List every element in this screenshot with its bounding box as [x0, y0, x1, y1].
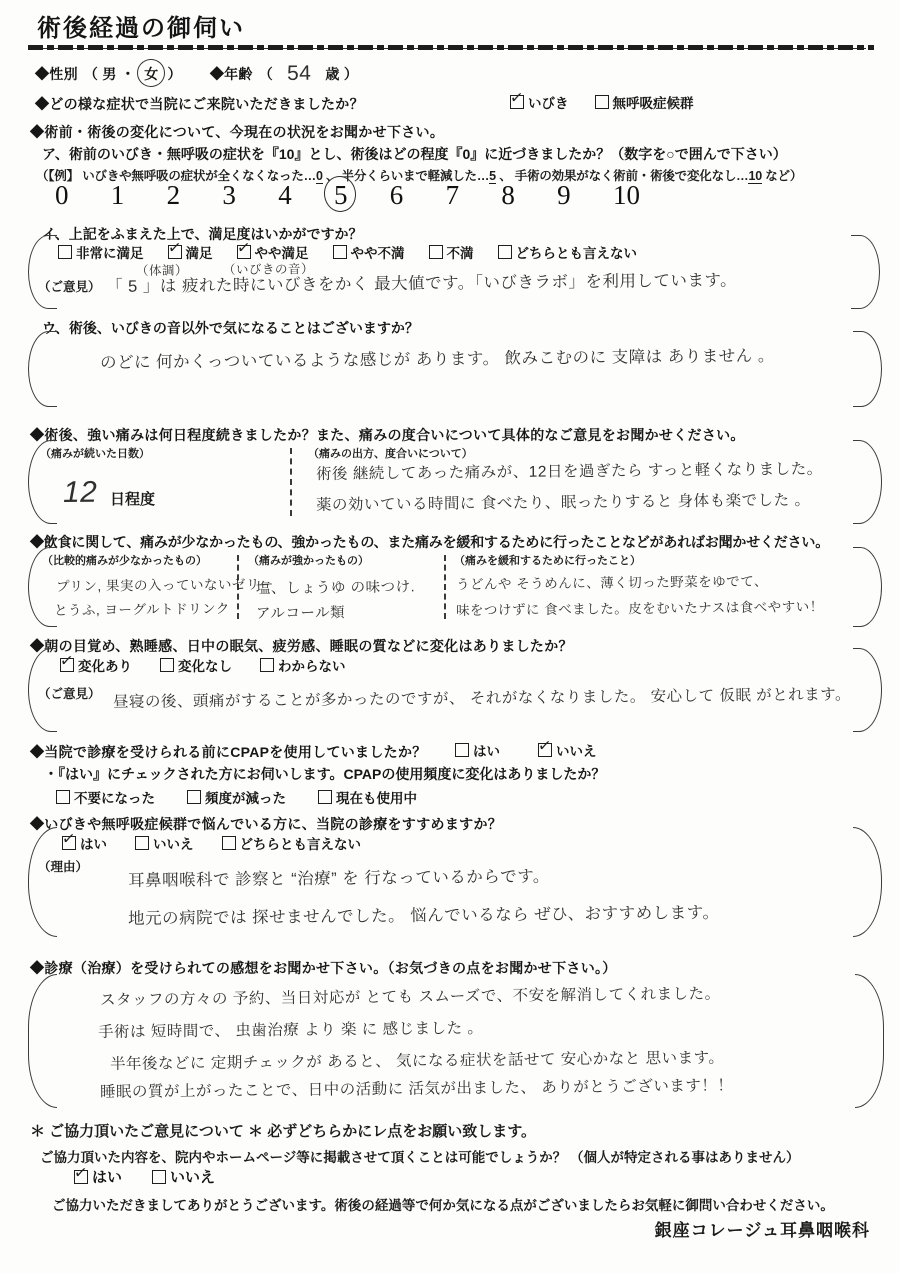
option-label: どちらとも言えない [516, 242, 638, 262]
scale-value-6[interactable]: 6 [390, 182, 404, 209]
checkbox-option[interactable]: はい [62, 833, 107, 853]
comment-label: （ご意見） [38, 277, 101, 295]
footer-note-title: ＊ ご協力頂いたご意見について ＊ 必ずどちらかにレ点をお願い致します。 [30, 1120, 536, 1141]
age-label: ◆年齢 [210, 64, 253, 84]
food-more-pain-line2-handwritten: アルコール類 [256, 601, 345, 623]
checkbox[interactable] [74, 1170, 88, 1184]
recommend-reason-line2-handwritten: 地元の病院では 探せませんでした。 悩んでいるなら ぜひ、おすすめします。 [128, 899, 720, 929]
clinic-name: 銀座コレージュ耳鼻咽喉科 [655, 1216, 870, 1241]
checkbox-option[interactable]: 非常に満足 [58, 242, 144, 262]
scale-value-10[interactable]: 10 [613, 182, 640, 209]
checkbox[interactable] [455, 743, 469, 757]
option-label: やや不満 [351, 242, 405, 262]
checkbox[interactable] [222, 836, 236, 850]
option-label: いいえ [556, 740, 597, 760]
checkbox[interactable] [260, 658, 274, 672]
scale-value-4[interactable]: 4 [278, 182, 292, 209]
symptom-question: ◆どの様な症状で当院にご来院いただきましたか？ [35, 94, 364, 114]
option-label: 無呼吸症候群 [613, 92, 694, 112]
checkbox[interactable] [237, 245, 251, 259]
option-label: いいえ [170, 1166, 215, 1187]
checkbox-option[interactable]: やや不満 [333, 242, 405, 262]
sleep-options: 変化あり 変化なし わからない [60, 655, 346, 675]
reason-label: （理由） [38, 857, 88, 875]
recommend-options: はい いいえ どちらとも言えない [62, 833, 361, 853]
checkbox-option[interactable]: はい [455, 740, 500, 760]
change-heading: ◆術前・術後の変化について、今現在の状況をお聞かせ下さい。 [30, 122, 444, 142]
checkbox[interactable] [187, 790, 201, 804]
checkbox[interactable] [160, 658, 174, 672]
option-label: 現在も使用中 [336, 787, 417, 807]
option-label: 不満 [447, 242, 474, 262]
concern-box: のどに 何かくっついているような感じが あります。 飲みこむのに 支障は ありま… [28, 331, 882, 407]
symptom-options: いびき 無呼吸症候群 [510, 92, 694, 112]
checkbox-option[interactable]: 変化なし [160, 655, 232, 675]
checkbox[interactable] [56, 790, 70, 804]
impressions-line1-handwritten: スタッフの方々の 予約、当日対応が とても スムーズで、不安を解消してくれました… [100, 982, 721, 1010]
checkbox[interactable] [333, 245, 347, 259]
checkbox-option[interactable]: どちらとも言えない [498, 242, 638, 262]
checkbox-option[interactable]: 不要になった [56, 787, 155, 807]
option-label: 頻度が減った [205, 787, 286, 807]
checkbox[interactable] [152, 1170, 166, 1184]
scale-value-1[interactable]: 1 [111, 182, 125, 209]
cpap-question2: ・『はい』にチェックされた方にお伺いします。CPAPの使用頻度に変化はありました… [44, 764, 605, 784]
page-title: 術後経過の御伺い [35, 8, 866, 48]
satisfaction-box: 非常に満足 満足 やや満足 やや不満 不満 どちらとも言えない （体調） （いび… [28, 235, 880, 309]
impressions-line4-handwritten: 睡眠の質が上がったことで、日中の活動に 活気が出ました、 ありがとうございます！… [100, 1073, 734, 1102]
option-label: いびき [528, 92, 569, 112]
option-label: 満足 [186, 242, 213, 262]
food-relief-line2-handwritten: 味をつけずに 食べました。皮をむいたナスは食べやすい！ [456, 595, 824, 619]
impressions-line3-handwritten: 半年後などに 定期チェックが あると、 気になる症状を話せて 安心かなと 思いま… [110, 1046, 725, 1074]
pain-days-unit: 日程度 [110, 488, 155, 509]
option-label: はい [80, 833, 107, 853]
food-box: （比較的痛みが少なかったもの） （痛みが強かったもの） （痛みを緩和するために行… [28, 547, 882, 627]
satisfaction-comment-handwritten: 「 5 」は 疲れた時にいびきをかく 最大値です。「いびきラボ」を利用しています… [106, 266, 737, 297]
option-label: 変化あり [78, 655, 132, 675]
checkbox-option[interactable]: 頻度が減った [187, 787, 286, 807]
scale-value-8[interactable]: 8 [501, 182, 515, 209]
food-less-pain-line2-handwritten: とうふ, ヨーグルトドリンク [54, 597, 230, 619]
food-less-pain-label: （比較的痛みが少なかったもの） [42, 552, 207, 568]
gender-label: ◆性別 [35, 64, 78, 84]
gender-options: （ 男 ・ [84, 64, 135, 84]
pain-detail-line2-handwritten: 薬の効いている時間に 食べたり、眠ったりすると 身体も楽でした 。 [316, 488, 811, 515]
checkbox-option[interactable]: 現在も使用中 [318, 787, 417, 807]
gender-close: ） [168, 64, 182, 84]
food-relief-label: （痛みを緩和するために行ったこと） [454, 552, 641, 568]
pain-column-divider [290, 448, 292, 516]
pain-days-label: （痛みが続いた日数） [40, 445, 150, 461]
scanned-questionnaire-page: 術後経過の御伺い ◆性別 （ 男 ・ 女 ） ◆年齢 （ 54 歳 ） ◆どの様… [0, 0, 900, 1273]
checkbox-option[interactable]: はい [74, 1166, 122, 1187]
checkbox[interactable] [510, 95, 524, 109]
scale-value-9[interactable]: 9 [557, 182, 571, 209]
scale-value-2[interactable]: 2 [167, 182, 181, 209]
example-num-10: 10 [748, 169, 762, 184]
checkbox-option-ibiki[interactable]: いびき [510, 92, 569, 112]
option-label: 変化なし [178, 655, 232, 675]
checkbox[interactable] [498, 245, 512, 259]
comment-label: （ご意見） [38, 684, 101, 702]
dashed-divider [28, 45, 874, 50]
pain-box: （痛みが続いた日数） （痛みの出方、度合いについて） 12 日程度 術後 継続し… [28, 440, 882, 524]
option-label: はい [473, 740, 500, 760]
satisfaction-options: 非常に満足 満足 やや満足 やや不満 不満 どちらとも言えない [58, 242, 637, 262]
checkbox-option[interactable]: 変化あり [60, 655, 132, 675]
food-more-pain-label: （痛みが強かったもの） [248, 552, 369, 568]
header: 術後経過の御伺い [35, 8, 866, 49]
checkbox[interactable] [135, 836, 149, 850]
option-label: 不要になった [74, 787, 155, 807]
food-more-pain-line1-handwritten: 塩、しょうゆ の味つけ. [256, 575, 415, 598]
option-label: 非常に満足 [76, 242, 144, 262]
pain-days-value-handwritten: 12 [63, 476, 98, 510]
checkbox-option[interactable]: いいえ [152, 1166, 215, 1187]
scale-value-7[interactable]: 7 [446, 182, 460, 209]
checkbox-option[interactable]: 不満 [429, 242, 474, 262]
age-close: 歳 ） [325, 64, 358, 84]
checkbox[interactable] [58, 245, 72, 259]
consent-question: ご協力頂いた内容を、院内やホームページ等に掲載させて頂くことは可能でしょうか？ … [40, 1146, 799, 1166]
rating-scale: 0 1 2 3 4 5 6 7 8 9 10 [55, 182, 640, 209]
pain-detail-label: （痛みの出方、度合いについて） [308, 445, 473, 461]
recommend-reason-line1-handwritten: 耳鼻咽喉科で 診察と “治療” を 行なっているからです。 [128, 863, 550, 891]
concern-answer-handwritten: のどに 何かくっついているような感じが あります。 飲みこむのに 支障は ありま… [100, 342, 775, 373]
cpap-options1: はい いいえ [455, 740, 597, 760]
thanks-message: ご協力いただきましてありがとうございます。術後の経過等で何か気になる点がございま… [52, 1194, 834, 1214]
cpap-options2: 不要になった 頻度が減った 現在も使用中 [56, 787, 417, 807]
impressions-box: スタッフの方々の 予約、当日対応が とても スムーズで、不安を解消してくれました… [28, 974, 884, 1108]
option-label: わからない [278, 655, 346, 675]
option-label: はい [92, 1166, 122, 1187]
checkbox-option[interactable]: いいえ [135, 833, 194, 853]
food-column-divider-2 [444, 555, 446, 619]
cpap-question1: ◆当院で診療を受けられる前にCPAPを使用していましたか？ [30, 742, 427, 762]
checkbox[interactable] [60, 658, 74, 672]
checkbox-option[interactable]: どちらとも言えない [222, 833, 362, 853]
checkbox-option[interactable]: いいえ [538, 740, 597, 760]
example-text: など） [762, 169, 802, 183]
checkbox[interactable] [429, 245, 443, 259]
food-less-pain-line1-handwritten: プリン, 果実の入っていないゼリー [56, 573, 274, 595]
option-label: どちらとも言えない [240, 833, 362, 853]
scale-value-0[interactable]: 0 [55, 182, 69, 209]
change-question-a: ア、術前のいびき・無呼吸の症状を『10』とし、術後はどの程度『0』に近づきました… [42, 144, 787, 164]
consent-options: はい いいえ [74, 1166, 215, 1187]
impressions-line2-handwritten: 手術は 短時間で、 虫歯治療 より 楽 に 感じました 。 [98, 1016, 484, 1042]
age-value[interactable]: 54 [287, 62, 312, 86]
recommend-box: はい いいえ どちらとも言えない （理由） 耳鼻咽喉科で 診察と “治療” を … [28, 827, 882, 937]
checkbox[interactable] [595, 95, 609, 109]
checkbox-option[interactable]: 満足 [168, 242, 213, 262]
checkbox-option-mukokyu[interactable]: 無呼吸症候群 [595, 92, 694, 112]
age-open: （ [259, 64, 273, 84]
sleep-box: 変化あり 変化なし わからない （ご意見） 昼寝の後、頭痛がすることが多かったの… [28, 648, 882, 732]
food-relief-line1-handwritten: うどんや そうめんに、薄く切った野菜をゆでて、 [456, 570, 768, 593]
scale-value-5-selected[interactable]: 5 [334, 182, 348, 209]
gender-selected[interactable]: 女 [141, 64, 161, 84]
checkbox[interactable] [62, 836, 76, 850]
sleep-comment-handwritten: 昼寝の後、頭痛がすることが多かったのですが、 それがなくなりました。 安心して … [113, 682, 851, 712]
scale-value-3[interactable]: 3 [222, 182, 236, 209]
checkbox[interactable] [168, 245, 182, 259]
profile-row: ◆性別 （ 男 ・ 女 ） ◆年齢 （ 54 歳 ） [35, 62, 358, 86]
checkbox[interactable] [318, 790, 332, 804]
checkbox[interactable] [538, 743, 552, 757]
checkbox-option[interactable]: わからない [260, 655, 346, 675]
pain-detail-line1-handwritten: 術後 継続してあった痛みが、12日を過ぎたら すっと軽くなりました。 [316, 457, 823, 484]
option-label: いいえ [153, 833, 194, 853]
